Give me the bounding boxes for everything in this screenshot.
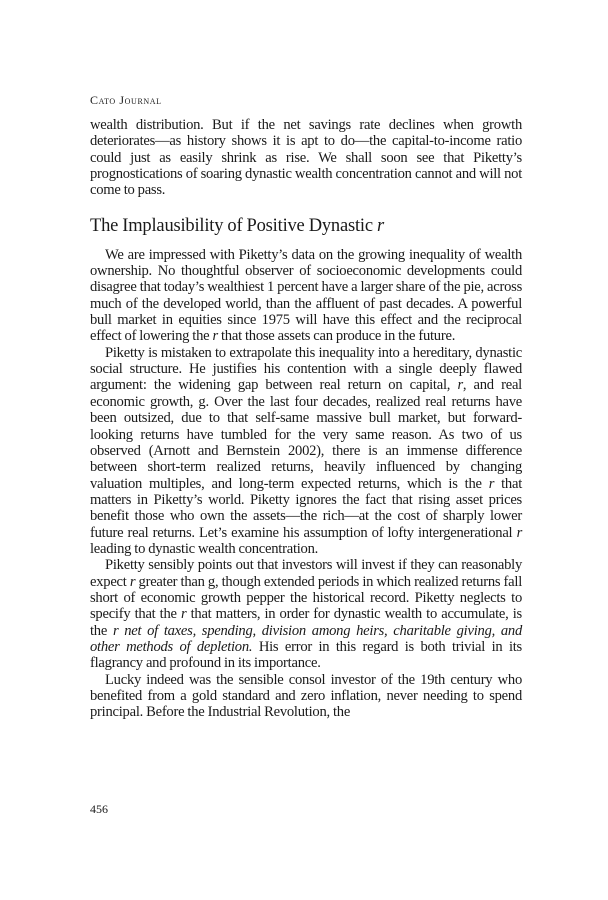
text-segment: that those assets can produce in the fut… — [218, 328, 455, 344]
italic-segment: r — [517, 525, 522, 541]
paragraph-3: Piketty sensibly points out that investo… — [90, 557, 522, 671]
section-heading-italic: r — [377, 216, 384, 236]
text-segment: Lucky indeed was the sensible consol inv… — [90, 672, 522, 721]
article-body: wealth distribution. But if the net savi… — [90, 117, 522, 721]
running-head: Cato Journal — [90, 93, 162, 108]
paragraph-1: We are impressed with Piketty’s data on … — [90, 247, 522, 345]
section-heading-text: The Implausibility of Positive Dynastic — [90, 216, 377, 236]
page-number: 456 — [90, 802, 108, 817]
opening-paragraph: wealth distribution. But if the net savi… — [90, 117, 522, 199]
paragraph-2: Piketty is mistaken to extrapolate this … — [90, 345, 522, 557]
text-segment: , and real economic growth, g. Over the … — [90, 377, 522, 491]
text-segment: leading to dynastic wealth concentration… — [90, 541, 318, 557]
section-heading: The Implausibility of Positive Dynastic … — [90, 215, 522, 237]
paragraph-4: Lucky indeed was the sensible consol inv… — [90, 672, 522, 721]
